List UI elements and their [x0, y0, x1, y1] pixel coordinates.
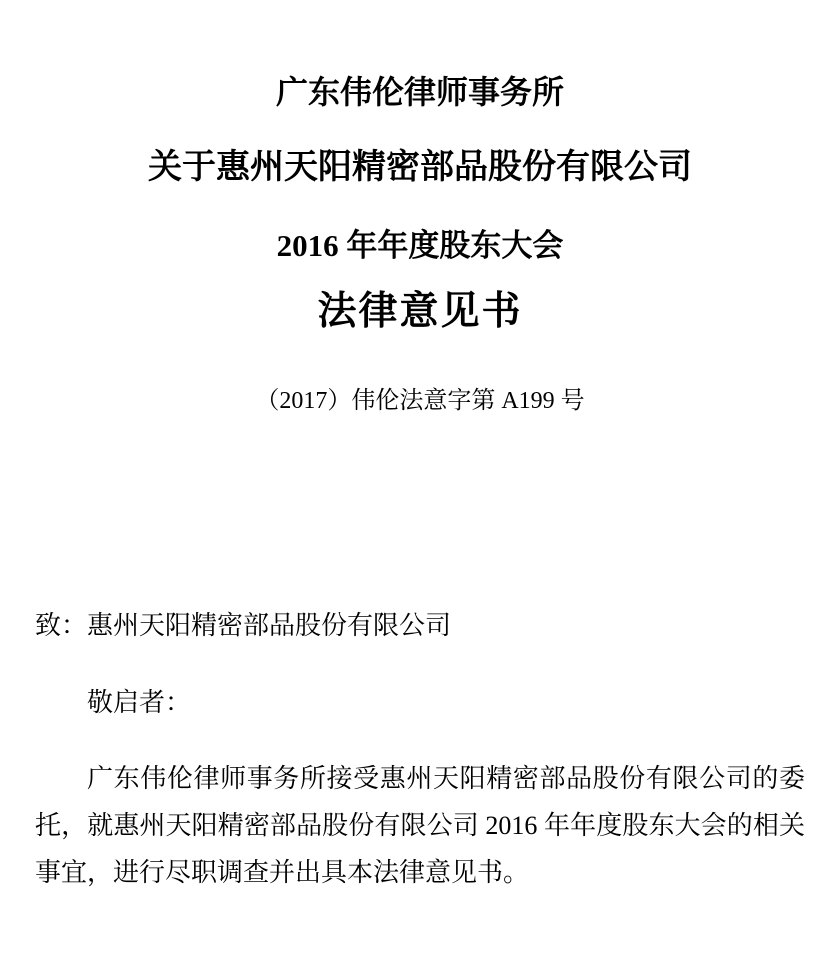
recipient-line: 致：惠州天阳精密部品股份有限公司 [35, 611, 805, 641]
document-type-title: 法律意见书 [0, 290, 840, 334]
legal-opinion-document-page: 广东伟伦律师事务所 关于惠州天阳精密部品股份有限公司 2016 年年度股东大会 … [0, 0, 840, 963]
subject-company-title: 关于惠州天阳精密部品股份有限公司 [0, 149, 840, 187]
annual-meeting-title: 2016 年年度股东大会 [0, 228, 840, 264]
body-paragraph: 广东伟伦律师事务所接受惠州天阳精密部品股份有限公司的委托，就惠州天阳精密部品股份… [35, 755, 805, 896]
law-firm-name-title: 广东伟伦律师事务所 [0, 74, 840, 110]
document-reference-number: （2017）伟伦法意字第 A199 号 [0, 387, 840, 415]
salutation-line: 敬启者： [35, 688, 805, 718]
